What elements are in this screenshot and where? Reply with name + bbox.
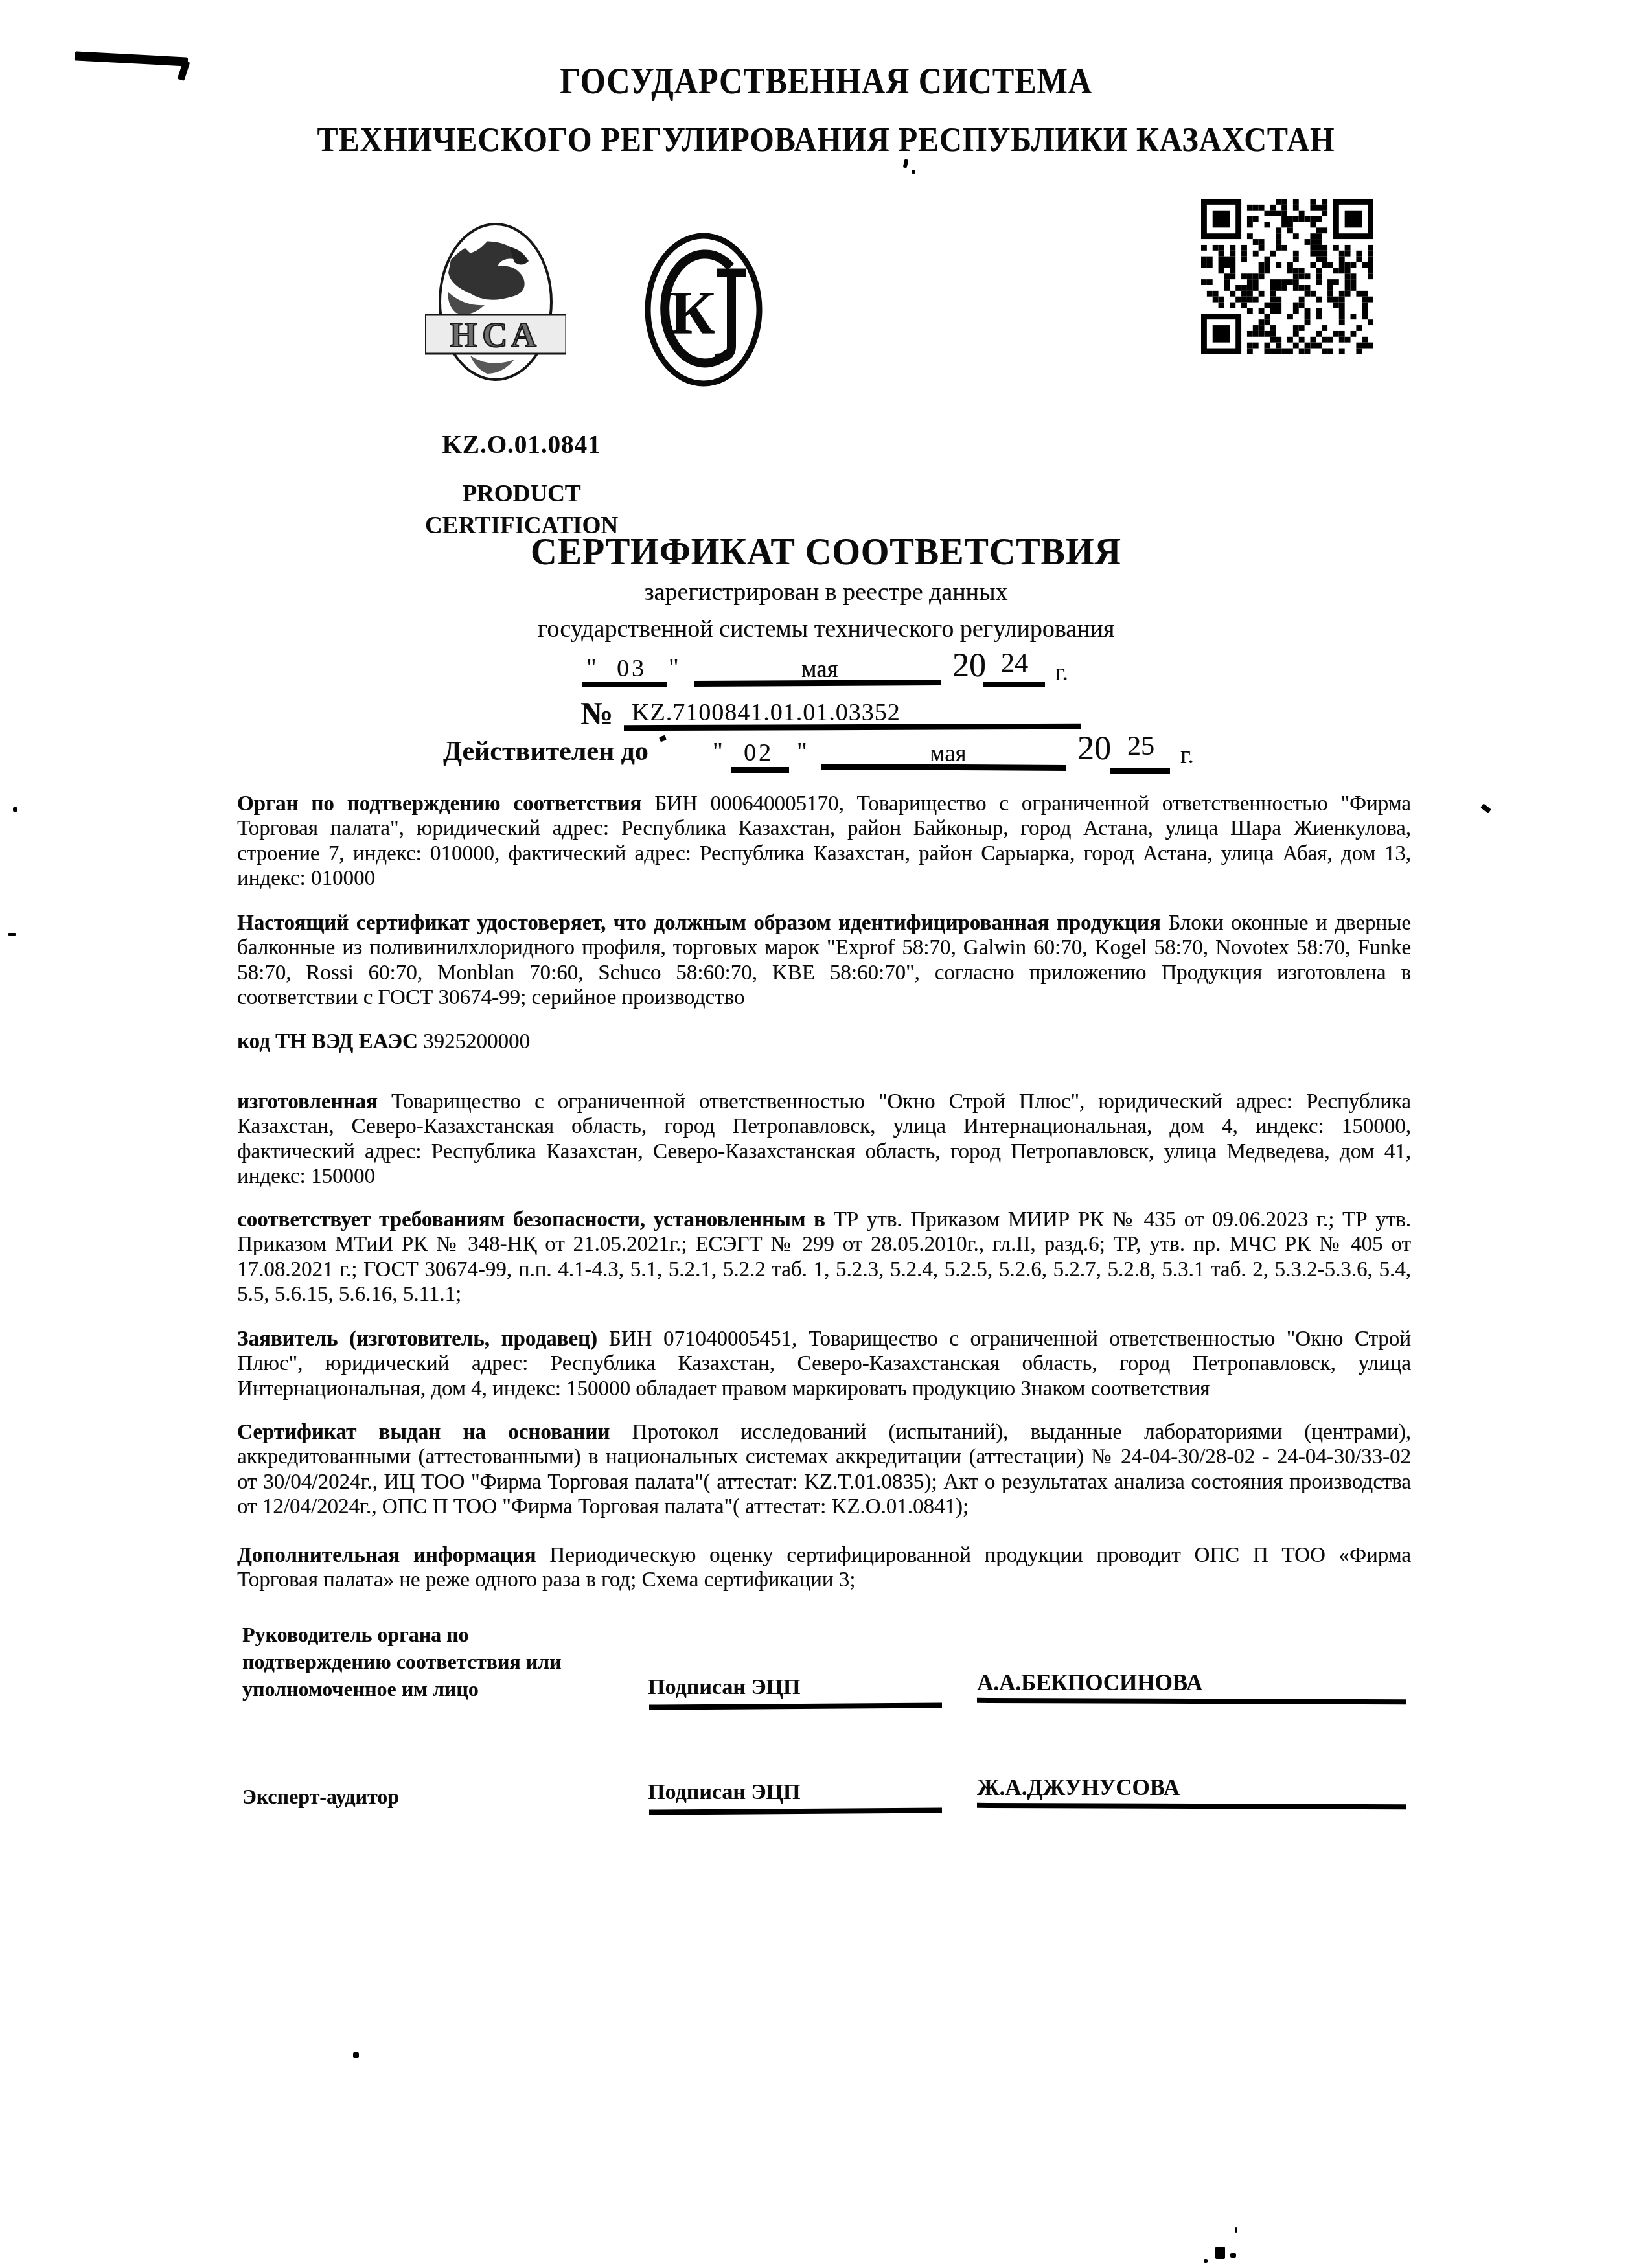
date-month-underline xyxy=(694,680,941,687)
header-title-line2: ТЕХНИЧЕСКОГО РЕГУЛИРОВАНИЯ РЕСПУБЛИКИ КА… xyxy=(0,120,1652,160)
scan-artifact xyxy=(1215,2247,1225,2259)
registration-year-suffix: г. xyxy=(1055,658,1068,687)
date-open-quote: " xyxy=(586,653,597,682)
signature-name-auditor: Ж.А.ДЖУНУСОВА xyxy=(977,1775,1180,1801)
valid-month: мая xyxy=(930,740,967,768)
signature-role-line: Эксперт-аудитор xyxy=(242,1783,569,1810)
paragraph-lead: изготовленная xyxy=(237,1090,378,1114)
signature-name-underline xyxy=(977,1698,1406,1704)
paragraph-product: Настоящий сертификат удостоверяет, что д… xyxy=(237,911,1411,1011)
scan-artifact xyxy=(1204,2259,1208,2263)
signature-method-head: Подписан ЭЦП xyxy=(648,1675,800,1700)
paragraph-applicant: Заявитель (изготовитель, продавец) БИН 0… xyxy=(237,1327,1411,1401)
paragraph-lead: Орган по подтверждению соответствия xyxy=(237,792,641,816)
scan-artifact xyxy=(13,807,17,812)
nca-globe-logo: НСА xyxy=(425,221,566,385)
scan-artifact xyxy=(1235,2227,1237,2233)
signature-name-underline xyxy=(977,1803,1406,1809)
valid-year-suffix: г. xyxy=(1180,741,1194,770)
date-year-underline xyxy=(983,682,1045,687)
registration-year: 24 xyxy=(1001,648,1028,679)
signature-role-line: Руководитель органа по xyxy=(242,1621,569,1648)
kt-conformity-mark-logo: К xyxy=(644,231,763,388)
signature-role-head: Руководитель органа по подтверждению соо… xyxy=(242,1621,569,1702)
scan-artifact xyxy=(659,735,667,742)
accreditation-number: KZ.O.01.0841 xyxy=(415,430,628,459)
registration-day: 03 xyxy=(617,654,647,683)
date-close-quote: " xyxy=(669,653,679,682)
product-label-line1: PRODUCT xyxy=(398,478,645,510)
signature-method-underline xyxy=(649,1702,942,1710)
certificate-subtitle-1: зарегистрирован в реестре данных xyxy=(0,578,1652,606)
paragraph-certification-body: Орган по подтверждению соответствия БИН … xyxy=(237,792,1411,891)
paragraph-requirements: соответствует требованиям безопасности, … xyxy=(237,1208,1411,1307)
paragraph-manufacturer: изготовленная Товарищество с ограниченно… xyxy=(237,1090,1411,1189)
paragraph-lead: Дополнительная информация xyxy=(237,1544,536,1567)
valid-day-underline xyxy=(731,767,789,773)
registration-month: мая xyxy=(801,656,838,683)
signature-role-line: уполномоченное им лицо xyxy=(242,1675,569,1702)
valid-year: 25 xyxy=(1127,731,1154,762)
paragraph-text: Товарищество с ограниченной ответственно… xyxy=(237,1090,1411,1188)
nca-letters: НСА xyxy=(450,315,541,354)
valid-open-quote: " xyxy=(713,737,723,766)
svg-text:К: К xyxy=(670,278,715,347)
header-title-line1: ГОСУДАРСТВЕННАЯ СИСТЕМА xyxy=(0,60,1652,102)
paragraph-text: 3925200000 xyxy=(423,1030,530,1053)
paragraph-lead: Настоящий сертификат удостоверяет, что д… xyxy=(237,911,1161,935)
signature-method-underline xyxy=(649,1807,942,1815)
paragraph-lead: Сертификат выдан на основании xyxy=(237,1421,610,1444)
scan-artifact xyxy=(8,933,16,936)
certificate-number-underline xyxy=(624,724,1081,731)
valid-year-underline xyxy=(1110,768,1170,774)
paragraph-lead: Заявитель (изготовитель, продавец) xyxy=(237,1327,597,1351)
signature-method-auditor: Подписан ЭЦП xyxy=(648,1780,800,1805)
paragraph-tnved-code: код ТН ВЭД ЕАЭС 3925200000 xyxy=(237,1029,1411,1054)
valid-day: 02 xyxy=(744,739,774,767)
signature-role-line: подтверждению соответствия или xyxy=(242,1648,569,1675)
certificate-title: СЕРТИФИКАТ СООТВЕТСТВИЯ xyxy=(0,530,1652,574)
scan-artifact xyxy=(1480,803,1491,814)
valid-until-label: Действителен до xyxy=(443,736,648,767)
paragraph-additional-info: Дополнительная информация Периодическую … xyxy=(237,1543,1411,1593)
date-day-underline xyxy=(582,682,667,687)
valid-close-quote: " xyxy=(797,737,807,766)
scan-artifact xyxy=(353,2052,359,2058)
scan-artifact xyxy=(903,159,909,168)
certificate-page: ГОСУДАРСТВЕННАЯ СИСТЕМА ТЕХНИЧЕСКОГО РЕГ… xyxy=(0,0,1652,2268)
certificate-number: KZ.7100841.01.01.03352 xyxy=(632,698,901,727)
valid-century: 20 xyxy=(1077,729,1111,768)
certificate-subtitle-2: государственной системы технического рег… xyxy=(0,615,1652,643)
scan-artifact xyxy=(912,170,915,174)
scan-artifact xyxy=(1230,2253,1236,2258)
registration-century: 20 xyxy=(952,647,986,685)
qr-code xyxy=(1201,199,1373,357)
signature-role-auditor: Эксперт-аудитор xyxy=(242,1783,569,1810)
certificate-number-label: № xyxy=(580,694,613,732)
paragraph-lead: код ТН ВЭД ЕАЭС xyxy=(237,1030,418,1053)
signature-name-head: А.А.БЕКПОСИНОВА xyxy=(977,1670,1202,1696)
paragraph-issue-basis: Сертификат выдан на основании Протокол и… xyxy=(237,1420,1411,1520)
valid-month-underline xyxy=(821,764,1066,771)
paragraph-lead: соответствует требованиям безопасности, … xyxy=(237,1208,825,1231)
